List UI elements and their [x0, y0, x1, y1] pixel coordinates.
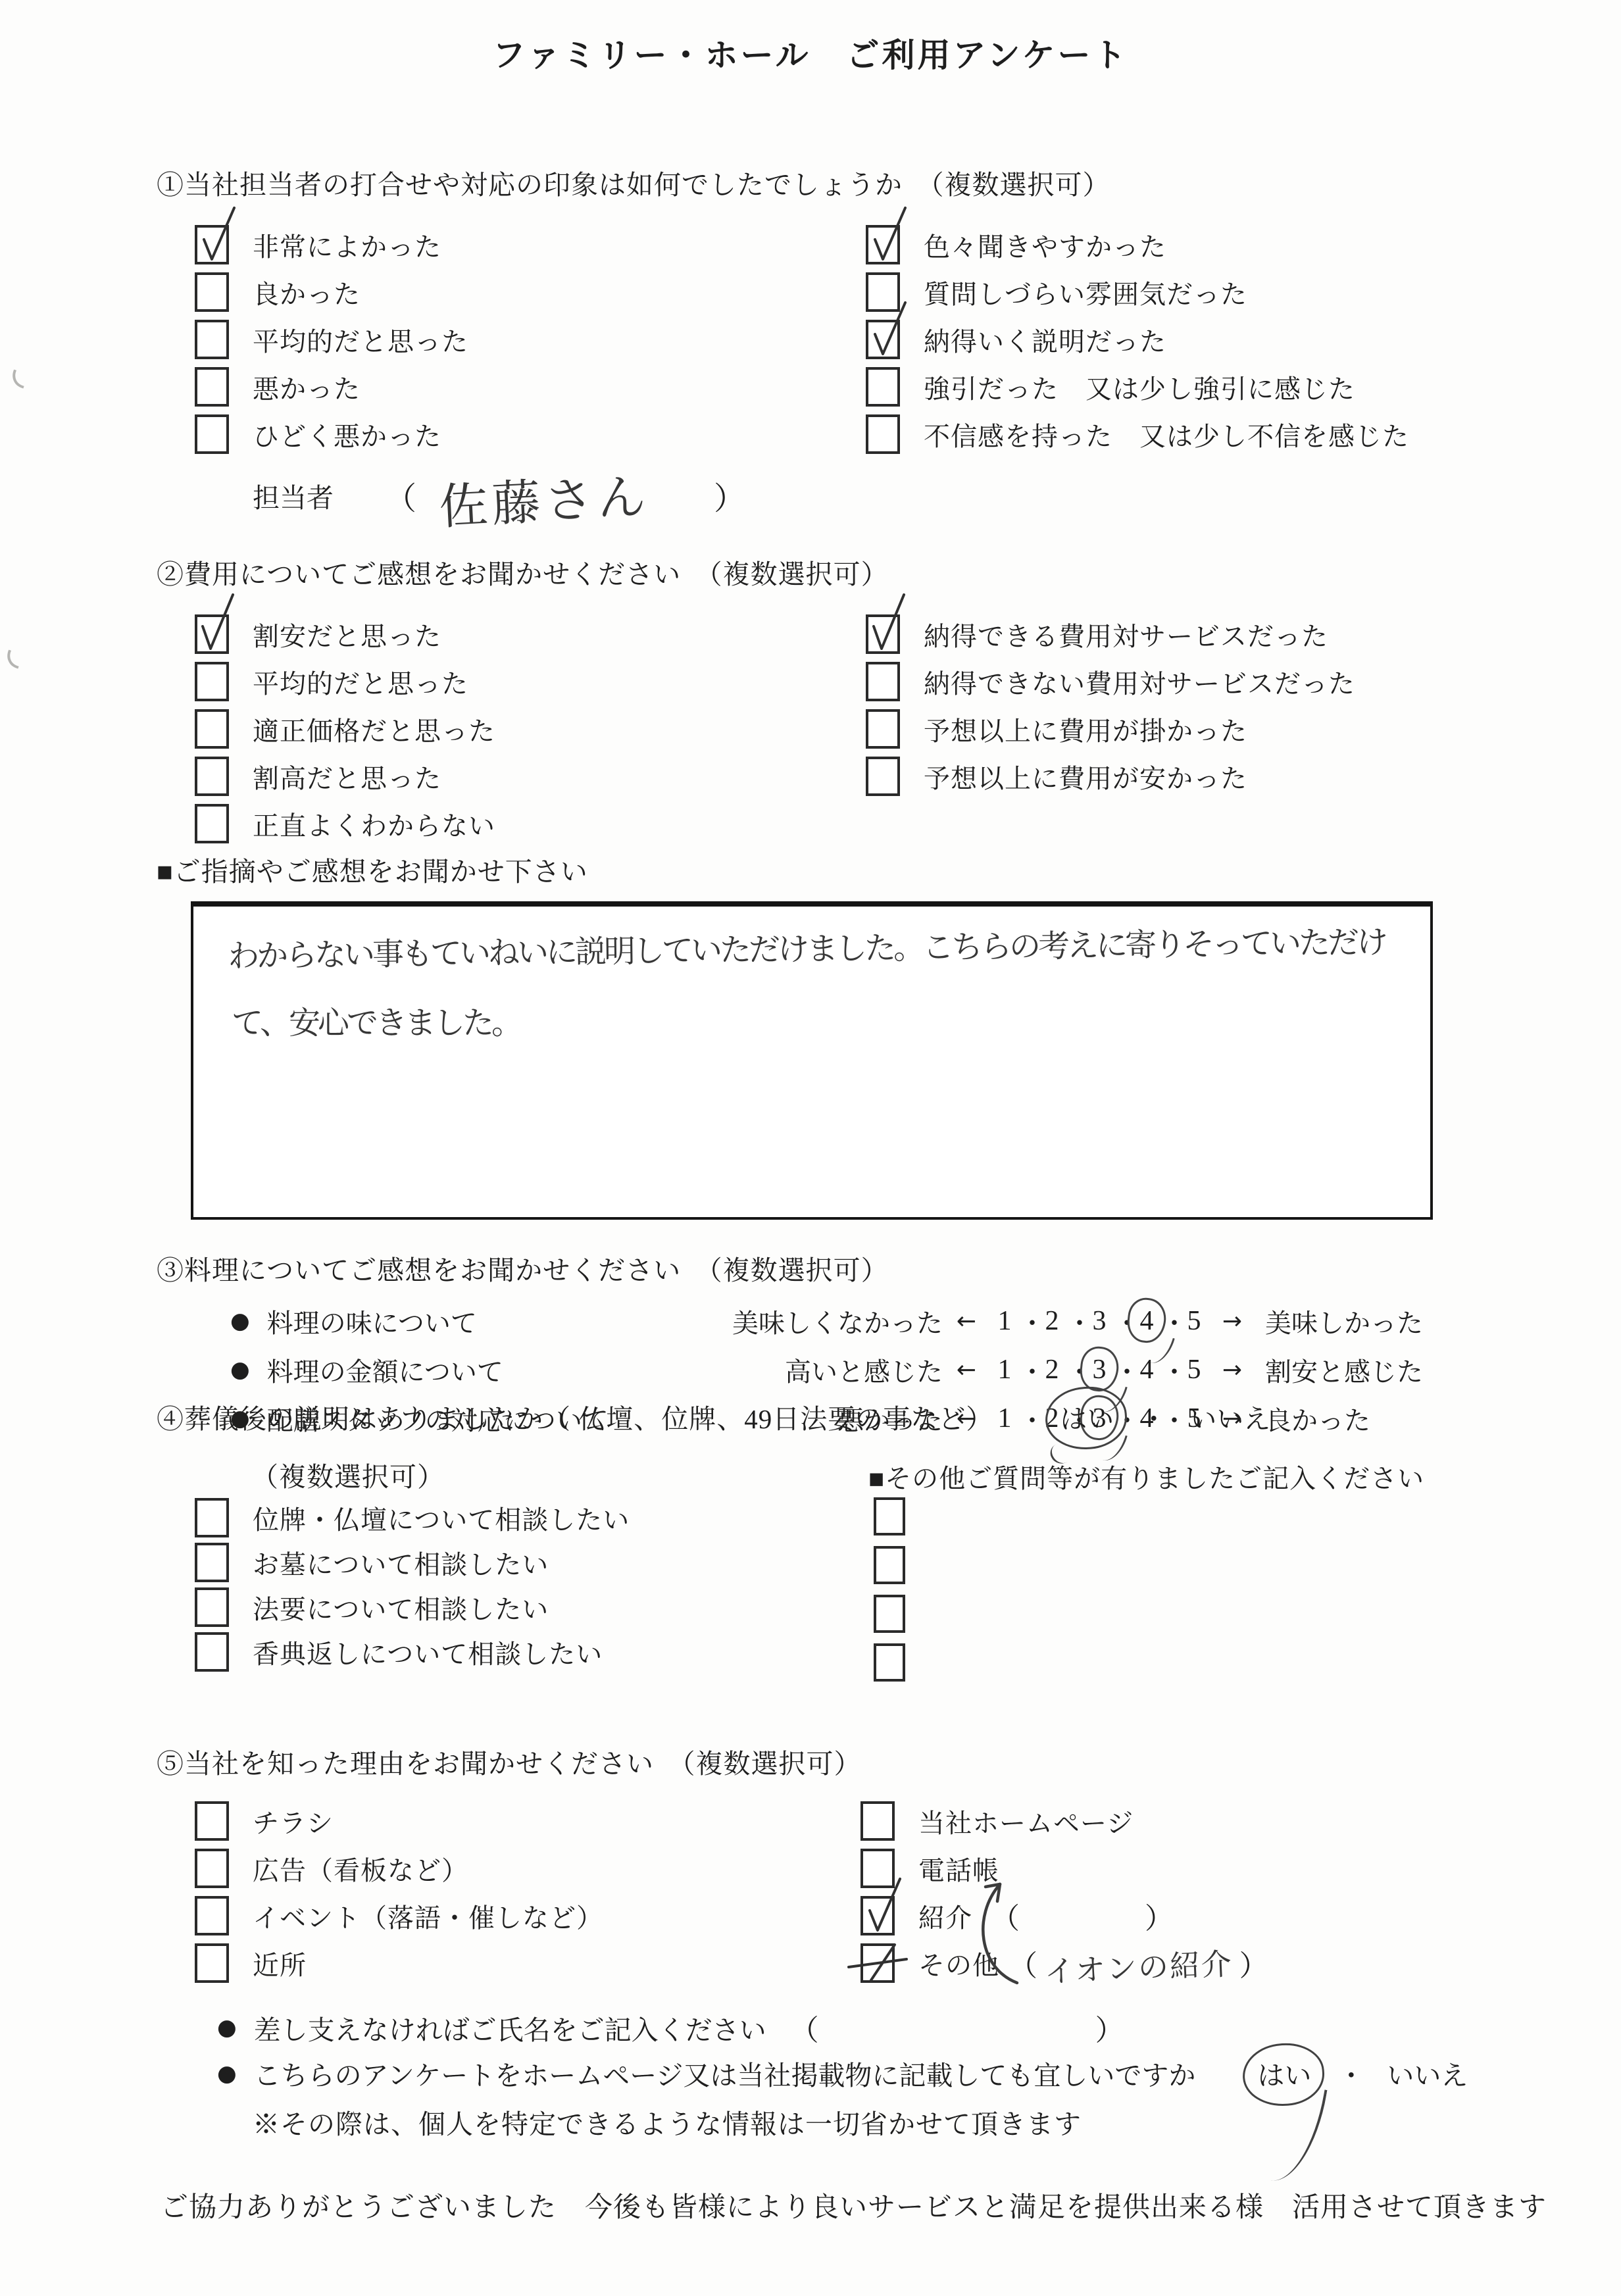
q5-left-option-1: 広告（看板など） — [195, 1851, 603, 1885]
name-entry-line: ● 差し支えなければご氏名をご記入ください （ ） — [217, 2007, 1124, 2049]
option-label: 広告（看板など） — [253, 1850, 468, 1887]
option-label: 紹介 — [918, 1897, 972, 1935]
option-label: 悪かった — [253, 368, 361, 406]
handwritten-arrow — [966, 1870, 1038, 1988]
paren-close: ） — [1145, 1895, 1174, 1937]
checkbox — [195, 1801, 229, 1841]
q2-header: ②費用についてご感想をお聞かせください （複数選択可） — [157, 553, 889, 591]
q3-item-label: 料理の味について — [267, 1303, 477, 1340]
q5-right-option-other: その他 （ イオンの紹介 ） — [860, 1946, 1268, 1980]
scale-5: 5 — [1180, 1354, 1209, 1385]
arrow-left-icon: ← — [943, 1357, 990, 1384]
consent-yes-circled: はい — [1253, 2054, 1315, 2093]
q1-left-option-3: 悪かった — [195, 370, 468, 404]
q4-header: ④葬儀後の説明はありましたか（ 仏壇、位牌、49日法要の事など） — [157, 1397, 993, 1436]
q3-row-taste: ●料理の味について 美味しくなかった ← 1・2・3・4・5 → 美味しかった — [230, 1301, 1423, 1341]
checkbox — [866, 662, 900, 701]
checkbox — [866, 225, 900, 264]
option-label: 不信感を持った 又は少し不信を感じた — [924, 416, 1409, 453]
name-entry-label: 差し支えなければご氏名をご記入ください — [254, 2009, 766, 2047]
checkbox — [866, 320, 900, 359]
q5-left-options: チラシ 広告（看板など） イベント（落語・催しなど） 近所 — [195, 1804, 603, 1993]
checkbox — [874, 1497, 905, 1535]
q1-left-option-4: ひどく悪かった — [195, 417, 468, 451]
consent-line: ● こちらのアンケートをホームページ又は当社掲載物に記載しても宜しいですか はい… — [217, 2054, 1468, 2093]
q1-right-option-3: 強引だった 又は少し強引に感じた — [866, 370, 1409, 404]
q5-left-option-2: イベント（落語・催しなど） — [195, 1899, 603, 1933]
q3-item-label: 料理の金額について — [267, 1351, 503, 1389]
option-label: イベント（落語・催しなど） — [253, 1897, 603, 1935]
checkbox — [195, 757, 229, 796]
checkbox — [195, 1632, 229, 1672]
q4-right-header: ■その他ご質問等が有りましたご記入ください — [868, 1458, 1424, 1495]
option-label: 割安だと思った — [253, 616, 441, 653]
checkbox — [866, 614, 900, 654]
q5-left-option-3: 近所 — [195, 1946, 603, 1980]
q2-right-option-1: 納得できない費用対サービスだった — [866, 664, 1355, 699]
option-label: 法要について相談したい — [253, 1589, 549, 1626]
option-label: 適正価格だと思った — [253, 711, 495, 748]
checkbox — [874, 1595, 905, 1633]
q1-left-option-1: 良かった — [195, 275, 468, 309]
scale-right-label: 良かった — [1265, 1400, 1370, 1437]
checkbox — [195, 320, 229, 359]
option-label: 良かった — [253, 274, 361, 311]
checkbox — [866, 709, 900, 749]
staff-label: 担当者 — [253, 476, 334, 515]
q2-right-options: 納得できる費用対サービスだった 納得できない費用対サービスだった 予想以上に費用… — [866, 617, 1355, 807]
q2-left-options: 割安だと思った 平均的だと思った 適正価格だと思った 割高だと思った 正直よくわ… — [195, 617, 495, 854]
bullet-icon: ● — [230, 1308, 250, 1334]
scan-artifact — [7, 349, 58, 395]
q4-yes-circled: はい — [1056, 1397, 1118, 1436]
dot-separator: ・ — [1066, 1303, 1085, 1340]
q4-left-option-0: 位牌・仏壇について相談したい — [195, 1501, 630, 1534]
bullet-icon: ● — [230, 1357, 250, 1383]
q1-left-options: 非常によかった 良かった 平均的だと思った 悪かった ひどく悪かった — [195, 228, 468, 464]
consent-no: いいえ — [1387, 2054, 1468, 2093]
privacy-note: ※その際は、個人を特定できるような情報は一切省かせて頂きます — [253, 2103, 1082, 2141]
other-handwritten-note: イオンの紹介 — [1043, 1940, 1234, 1991]
checkbox — [195, 709, 229, 749]
q5-right-option-referral: 紹介 （ ） — [860, 1899, 1268, 1933]
q2-left-option-1: 平均的だと思った — [195, 664, 495, 699]
scale-2: 2 — [1037, 1305, 1066, 1337]
q4-left-option-1: お墓について相談したい — [195, 1546, 630, 1579]
checkbox — [195, 804, 229, 843]
rating-scale: 1・2・3・4・5 — [990, 1303, 1209, 1340]
q5-left-option-0: チラシ — [195, 1804, 603, 1838]
q1-header: ①当社担当者の打合せや対応の印象は如何でしたでしょうか （複数選択可） — [157, 163, 1110, 202]
scale-1: 1 — [990, 1354, 1019, 1385]
scan-artifact — [2, 630, 53, 676]
dot-separator: ・ — [1140, 1397, 1167, 1436]
q2-right-option-0: 納得できる費用対サービスだった — [866, 617, 1355, 651]
checkbox — [195, 272, 229, 312]
arrow-right-icon: → — [1209, 1357, 1256, 1384]
option-label: 割高だと思った — [253, 758, 441, 795]
dot-separator: ・ — [1019, 1351, 1037, 1389]
bullet-icon: ● — [217, 2060, 237, 2087]
q2-left-option-4: 正直よくわからない — [195, 807, 495, 841]
option-label: 近所 — [253, 1945, 307, 1982]
checkbox — [866, 414, 900, 454]
checkbox — [195, 1943, 229, 1983]
q2-right-option-2: 予想以上に費用が掛かった — [866, 712, 1355, 746]
scale-2: 2 — [1037, 1354, 1066, 1385]
checkbox — [195, 225, 229, 264]
q1-left-option-2: 平均的だと思った — [195, 322, 468, 357]
scale-3: 3 — [1085, 1305, 1114, 1337]
option-label: 色々聞きやすかった — [924, 226, 1166, 264]
comment-box: わからない事もていねいに説明していただけました。こちらの考えに寄りそっていただけ… — [191, 901, 1433, 1220]
checkbox — [195, 367, 229, 407]
consent-label: こちらのアンケートをホームページ又は当社掲載物に記載しても宜しいですか — [254, 2054, 1196, 2093]
paren-close: ） — [714, 473, 745, 518]
checkbox — [195, 1498, 229, 1537]
scale-4: 4 — [1132, 1354, 1161, 1385]
option-label: 位牌・仏壇について相談したい — [253, 1499, 630, 1537]
scale-left-label: 高いと感じた — [722, 1351, 943, 1389]
option-label: 予想以上に費用が掛かった — [924, 711, 1247, 748]
checkbox — [866, 757, 900, 796]
q2-right-option-3: 予想以上に費用が安かった — [866, 759, 1355, 793]
checkbox — [860, 1801, 895, 1841]
option-label: 質問しづらい雰囲気だった — [924, 274, 1247, 311]
q4-left-option-2: 法要について相談したい — [195, 1591, 630, 1624]
option-label: 非常によかった — [253, 226, 441, 264]
option-label: 強引だった 又は少し強引に感じた — [924, 368, 1355, 406]
q3-header: ③料理についてご感想をお聞かせください （複数選択可） — [157, 1249, 889, 1287]
q5-header: ⑤当社を知った理由をお聞かせください （複数選択可） — [157, 1742, 862, 1781]
option-label: お墓について相談したい — [253, 1544, 549, 1582]
checkbox — [195, 614, 229, 654]
dot-separator: ・ — [1337, 2054, 1364, 2093]
q2-left-option-0: 割安だと思った — [195, 617, 495, 651]
option-label: 予想以上に費用が安かった — [924, 758, 1247, 795]
option-label: 香典返しについて相談したい — [253, 1634, 603, 1671]
checkbox — [874, 1643, 905, 1682]
option-label: 納得できない費用対サービスだった — [924, 663, 1355, 701]
q2-left-option-2: 適正価格だと思った — [195, 712, 495, 746]
option-label: 平均的だと思った — [253, 663, 468, 701]
page-title: ファミリー・ホール ご利用アンケート — [0, 29, 1621, 76]
option-label: チラシ — [253, 1803, 334, 1840]
q1-right-option-2: 納得いく説明だった — [866, 322, 1409, 357]
checkbox — [866, 367, 900, 407]
q4-no: いいえ — [1189, 1397, 1270, 1436]
option-label: 当社ホームページ — [918, 1803, 1134, 1840]
checkbox — [860, 1896, 895, 1935]
q4-yes-no: はい ・ いいえ — [1056, 1397, 1270, 1436]
checkbox — [874, 1546, 905, 1584]
staff-name-handwritten: 佐藤さん — [437, 458, 651, 539]
arrow-left-icon: ← — [943, 1308, 990, 1335]
rating-scale: 1・2・3・4・5 — [990, 1351, 1209, 1389]
checkbox — [195, 1543, 229, 1582]
q4-multi-note: （複数選択可） — [251, 1455, 445, 1494]
paren-open: （ — [385, 473, 416, 518]
scale-left-label: 美味しくなかった — [722, 1303, 943, 1340]
dot-separator: ・ — [1019, 1303, 1037, 1340]
q5-right-option-0: 当社ホームページ — [860, 1804, 1268, 1838]
comment-header: ■ご指摘やご感想をお聞かせ下さい — [157, 850, 588, 889]
scanned-survey-page: ファミリー・ホール ご利用アンケート ①当社担当者の打合せや対応の印象は如何でし… — [0, 0, 1621, 2296]
option-label: 正直よくわからない — [253, 805, 495, 843]
scale-right-label: 割安と感じた — [1265, 1351, 1423, 1389]
scale-3: 3 — [1085, 1354, 1114, 1385]
q1-right-option-1: 質問しづらい雰囲気だった — [866, 275, 1409, 309]
q1-right-option-0: 色々聞きやすかった — [866, 228, 1409, 262]
q1-right-options: 色々聞きやすかった 質問しづらい雰囲気だった 納得いく説明だった 強引だった 又… — [866, 228, 1409, 464]
q3-row-price: ●料理の金額について 高いと感じた ← 1・2・3・4・5 → 割安と感じた — [230, 1350, 1423, 1389]
bullet-icon: ● — [217, 2014, 237, 2041]
q4-left-option-3: 香典返しについて相談したい — [195, 1635, 630, 1668]
scale-5: 5 — [1180, 1305, 1209, 1337]
option-label: 納得いく説明だった — [924, 321, 1166, 359]
staff-name-line: 担当者 （ 佐藤さん ） — [253, 461, 745, 530]
q4-left-options: 位牌・仏壇について相談したい お墓について相談したい 法要について相談したい 香… — [195, 1501, 630, 1680]
option-label: ひどく悪かった — [253, 416, 441, 453]
arrow-right-icon: → — [1209, 1308, 1256, 1335]
checkbox — [195, 1587, 229, 1627]
q5-right-options: 当社ホームページ 電話帳 紹介 （ ） その他 （ イオンの紹介 ） — [860, 1804, 1268, 1993]
q5-right-option-1: 電話帳 — [860, 1851, 1268, 1885]
checkbox — [860, 1943, 895, 1983]
scale-4: 4 — [1132, 1305, 1161, 1337]
footer-thanks: ご協力ありがとうございました 今後も皆様により良いサービスと満足を提供出来る様 … — [161, 2185, 1547, 2225]
paren-close: ） — [1239, 1942, 1268, 1984]
checkbox — [195, 1849, 229, 1888]
q1-right-option-4: 不信感を持った 又は少し不信を感じた — [866, 417, 1409, 451]
scale-right-label: 美味しかった — [1265, 1303, 1423, 1340]
paren-open: （ — [790, 2007, 819, 2049]
checkbox — [195, 414, 229, 454]
q2-left-option-3: 割高だと思った — [195, 759, 495, 793]
q1-left-option-0: 非常によかった — [195, 228, 468, 262]
q4-header-row: ④葬儀後の説明はありましたか（ 仏壇、位牌、49日法要の事など） はい ・ いい… — [157, 1397, 1270, 1436]
q4-right-empty-boxes — [874, 1497, 905, 1692]
scale-1: 1 — [990, 1305, 1019, 1337]
checkbox — [195, 1896, 229, 1935]
option-label: 納得できる費用対サービスだった — [924, 616, 1328, 653]
paren-close: ） — [1095, 2007, 1124, 2049]
comment-handwritten-line1: わからない事もていねいに説明していただけました。こちらの考えに寄りそっていただけ — [228, 916, 1386, 976]
comment-handwritten-line2: て、安心できました。 — [232, 997, 520, 1043]
checkbox — [195, 662, 229, 701]
option-label: 平均的だと思った — [253, 321, 468, 359]
